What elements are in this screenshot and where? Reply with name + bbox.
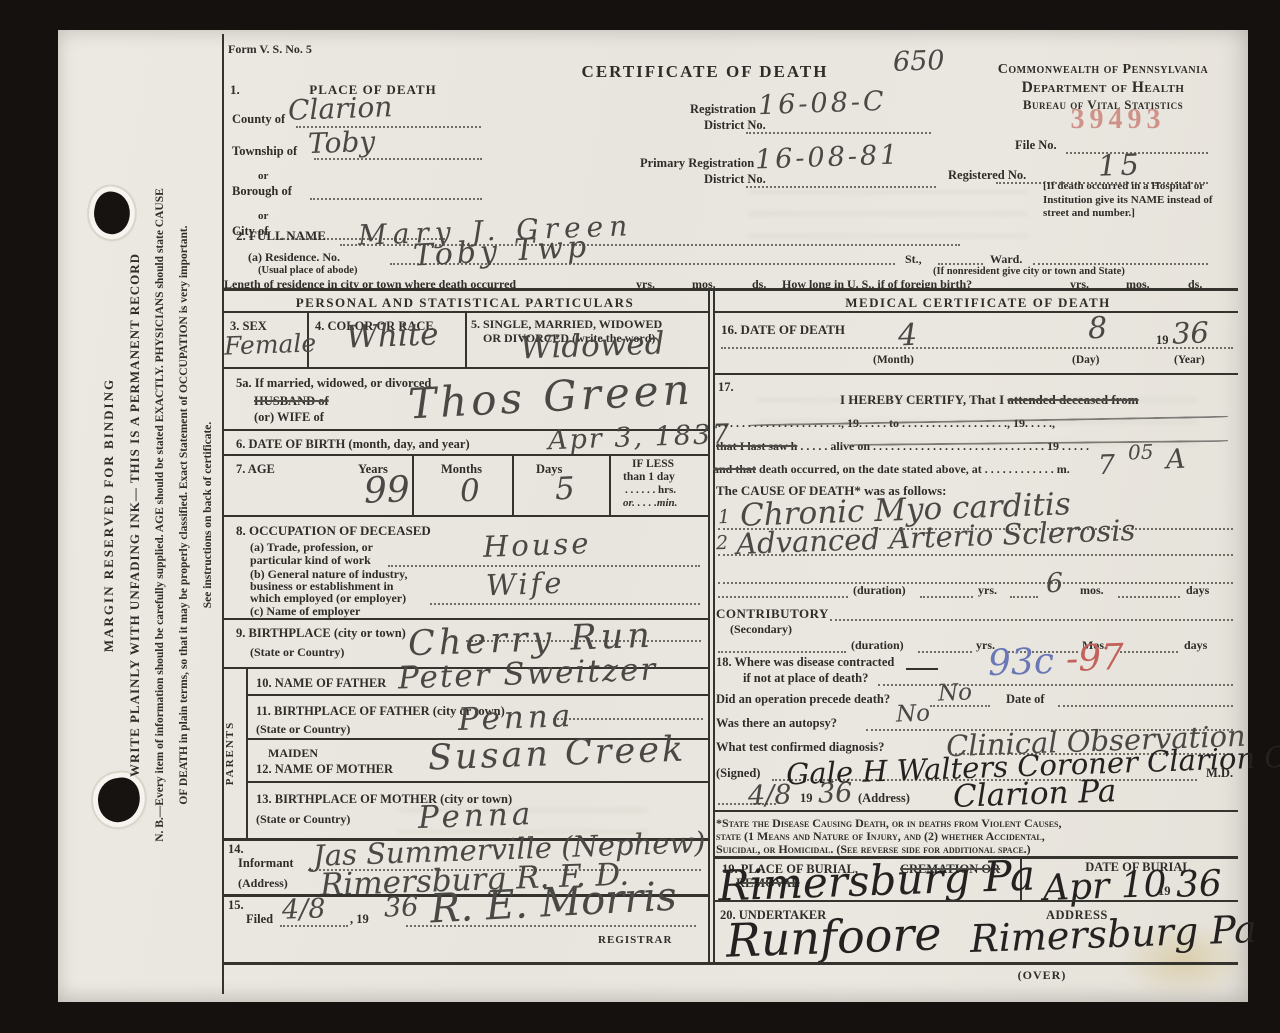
certify-text: I HEREBY CERTIFY, That I [840, 392, 1004, 407]
parents-inner-border [246, 667, 248, 838]
signature-year: 36 [817, 777, 852, 809]
dotted-leader [718, 580, 1233, 584]
address-label: (Address) [858, 791, 910, 806]
age-label: 7. AGE [236, 462, 275, 477]
age-months-value: 0 [459, 473, 480, 510]
rule [713, 373, 1238, 375]
death-occurred-line: and that death occurred, on the date sta… [713, 462, 1070, 477]
binding-margin-text: MARGIN RESERVED FOR BINDING WRITE PLAINL… [96, 40, 226, 990]
primary-registration-label: Primary Registration [640, 156, 754, 171]
occupation-label: 8. OCCUPATION OF DECEASED [236, 523, 431, 539]
dotted-leader [718, 649, 846, 653]
margin-line: MARGIN RESERVED FOR BINDING [96, 40, 122, 990]
short-underscore [906, 668, 938, 670]
year-header: (Year) [1174, 354, 1205, 366]
birthplace-sub-label: (State or Country) [250, 645, 344, 660]
filed-date-value: 4/8 [281, 893, 326, 925]
spouse-name-value: Thos Green [407, 365, 695, 429]
age-days-value: 5 [554, 471, 575, 508]
rule [246, 694, 708, 696]
5a-label: 5a. If married, widowed, or divorced [236, 376, 431, 391]
certificate-title: CERTIFICATE OF DEATH [505, 62, 905, 82]
file-no-label: File No. [1015, 138, 1057, 153]
county-value: Clarion [287, 90, 392, 127]
hospital-note: [If death occurred in a Hospital or Inst… [1043, 180, 1215, 221]
rule [713, 900, 1238, 902]
father-birthplace-sub: (State or Country) [256, 722, 350, 737]
nonresident-note: (If nonresident give city or town and St… [933, 266, 1125, 277]
dotted-leader [746, 184, 936, 188]
color-race-value: White [345, 316, 439, 355]
if-less-line: IF LESS [632, 458, 674, 470]
occupation-a-value: House [482, 526, 592, 564]
dotted-leader [930, 703, 990, 707]
autopsy-label: Was there an autopsy? [716, 716, 837, 731]
margin-line: OF DEATH in plain terms, so that it may … [172, 40, 196, 990]
dotted-leader [718, 594, 848, 598]
certify-line: I HEREBY CERTIFY, That I attended deceas… [840, 392, 1139, 408]
contributory-label: CONTRIBUTORY [716, 606, 829, 622]
rule [713, 311, 1238, 313]
section-17-number: 17. [718, 380, 734, 395]
disease-contracted-label: 18. Where was disease contracted [716, 655, 894, 670]
mother-birthplace-value: Penna [417, 796, 534, 836]
filed-label: Filed [246, 912, 273, 927]
registration-label: Registration [690, 102, 756, 117]
borough-label: Borough of [232, 184, 292, 199]
dotted-leader [918, 649, 972, 653]
registration-district-value: 16-08-C [757, 86, 887, 121]
column-divider [708, 288, 710, 963]
mother-birthplace-sub: (State or Country) [256, 812, 350, 827]
rule [246, 781, 708, 783]
cell-divider [512, 454, 514, 515]
medical-title: MEDICAL CERTIFICATE OF DEATH [758, 295, 1198, 311]
dotted-leader [746, 130, 931, 134]
undertaker-value: Runfoore [725, 906, 942, 967]
registered-no-value: 15 [1097, 147, 1143, 183]
county-label: County of [232, 112, 285, 127]
father-name-value: Peter Sweitzer [397, 651, 657, 696]
dotted-leader [721, 345, 1233, 349]
and-that-struck: and that [713, 462, 756, 476]
mother-name-value: Susan Creek [427, 730, 686, 779]
code-97-red: -97 [1065, 637, 1124, 680]
dotted-leader [310, 196, 482, 200]
date-of-death-label: 16. DATE OF DEATH [721, 322, 845, 338]
burial-19-printed: 19 [1158, 884, 1171, 899]
physician-address-value: Clarion Pa [952, 773, 1116, 815]
cell-divider [465, 311, 467, 367]
margin-line: See instructions on back of certificate. [196, 40, 220, 990]
dotted-leader [878, 682, 1233, 686]
dotted-leader [920, 594, 973, 598]
date-of-birth-value: Apr 3, 1837 [548, 419, 732, 456]
residence-label: (a) Residence. No. [248, 250, 340, 265]
signed-label: (Signed) [716, 766, 760, 781]
file-number-stamp: 39493 [1013, 104, 1223, 136]
time-of-death-minutes: 05 [1128, 440, 1154, 465]
father-name-label: 10. NAME OF FATHER [256, 676, 386, 691]
time-of-death-hour: 7 [1097, 450, 1115, 482]
operation-label: Did an operation precede death? [716, 692, 890, 707]
dotted-leader [718, 552, 1233, 556]
mother-name-label: 12. NAME OF MOTHER [256, 762, 393, 777]
code-93c-blue: 93c [987, 641, 1054, 684]
signature-date: 4/8 [747, 779, 792, 811]
signature-19-printed: 19 [800, 791, 813, 806]
informant-label: Informant [238, 856, 294, 871]
primary-district-value: 16-08-81 [755, 139, 901, 175]
cause-1-number: 1 [718, 506, 731, 528]
age-years-value: 99 [363, 469, 410, 512]
abode-note: (Usual place of abode) [258, 265, 357, 276]
occupation-c-line: (c) Name of employer [250, 604, 360, 619]
sex-value: Female [224, 328, 317, 360]
death-occurred-text: death occurred, on the date stated above… [759, 462, 1057, 476]
duration-label: (duration) [853, 583, 906, 598]
duration-mos-label: mos. [1080, 583, 1104, 598]
personal-title: PERSONAL AND STATISTICAL PARTICULARS [222, 295, 708, 311]
over-label: (OVER) [972, 968, 1112, 983]
death-day-value: 8 [1087, 311, 1107, 347]
birthplace-label: 9. BIRTHPLACE (city or town) [236, 626, 406, 641]
margin-line: N. B.—Every item of information should b… [148, 40, 172, 990]
form-number: Form V. S. No. 5 [228, 42, 312, 57]
certificate-paper: MARGIN RESERVED FOR BINDING WRITE PLAINL… [58, 30, 1248, 1002]
informant-number: 14. [228, 842, 244, 857]
informant-address-label: (Address) [238, 876, 288, 891]
if-less-line: than 1 day [623, 471, 675, 483]
street-label: St., [905, 252, 922, 267]
month-header: (Month) [873, 354, 914, 366]
duration2-label: (duration) [851, 638, 904, 653]
day-header: (Day) [1072, 354, 1099, 366]
cell-divider [412, 454, 414, 515]
maiden-label: MAIDEN [268, 746, 318, 761]
dotted-leader [1058, 703, 1233, 707]
date-of-burial-value: Apr 10 [1042, 864, 1167, 909]
autopsy-value: No [896, 700, 931, 727]
township-value: Toby [307, 125, 375, 160]
filed-year-value: 36 [383, 891, 418, 923]
rule [222, 454, 708, 456]
department-line: Department of Health [938, 79, 1268, 97]
date-of-birth-label: 6. DATE OF BIRTH (month, day, and year) [236, 437, 470, 452]
or-label: or [258, 170, 268, 182]
dotted-leader [1010, 594, 1038, 598]
ward-label: Ward. [990, 252, 1022, 267]
dotted-leader [553, 716, 703, 720]
husband-of-label: HUSBAND of [254, 394, 329, 409]
occupation-b-value: Wife [485, 566, 565, 603]
bottom-border [222, 962, 1238, 965]
commonwealth-line: Commonwealth of Pennsylvania [938, 62, 1268, 78]
md-label: M.D. [1206, 766, 1233, 781]
dotted-leader [830, 617, 1233, 621]
if-less-line: . . . . . . hrs. [625, 484, 676, 496]
date-of-label: Date of [1006, 692, 1045, 707]
dotted-leader [1033, 261, 1208, 265]
duration-months-value: 6 [1045, 568, 1063, 600]
test-confirmed-label: What test confirmed diagnosis? [716, 740, 884, 755]
duration-yrs-label: yrs. [978, 583, 997, 598]
am-pm-m-label: m. [1057, 462, 1070, 476]
dotted-leader [1118, 594, 1180, 598]
registrar-label: REGISTRAR [598, 934, 672, 946]
marital-value: Widowed [519, 325, 665, 366]
last-saw-struck: that I last saw h [716, 439, 797, 453]
filed-number: 15. [228, 898, 244, 913]
certify-struck-text: attended deceased from [1007, 392, 1138, 407]
rule [713, 810, 1238, 812]
scanned-death-certificate: MARGIN RESERVED FOR BINDING WRITE PLAINL… [0, 0, 1280, 1033]
occupation-a-line: particular kind of work [250, 553, 371, 568]
rule [222, 515, 708, 517]
cause-2-number: 2 [716, 532, 729, 554]
dotted-leader [430, 601, 700, 605]
margin-line: WRITE PLAINLY WITH UNFADING INK— THIS IS… [122, 40, 148, 990]
dotted-leader [1120, 649, 1178, 653]
duration2-days-label: days [1184, 638, 1207, 653]
disease-contracted-label-2: if not at place of death? [743, 671, 868, 686]
or-label: or [258, 210, 268, 222]
time-of-death-ampm: A [1165, 444, 1186, 476]
dotted-leader [938, 261, 983, 265]
section-divider [222, 288, 1238, 291]
cell-divider [609, 454, 611, 515]
father-birthplace-value: Penna [457, 698, 574, 738]
duration-days-label: days [1186, 583, 1209, 598]
full-name-label: 2. FULL NAME [236, 228, 326, 244]
if-less-line: or. . . . .min. [623, 497, 677, 509]
section-1-number: 1. [230, 82, 240, 98]
parents-vertical-label: PARENTS [224, 718, 236, 788]
form-left-border [222, 34, 224, 994]
column-divider [713, 288, 715, 963]
filed-19-printed: , 19 [350, 912, 369, 927]
township-label: Township of [232, 144, 297, 159]
secondary-label: (Secondary) [730, 622, 792, 637]
wife-of-label: (or) WIFE of [254, 410, 324, 425]
